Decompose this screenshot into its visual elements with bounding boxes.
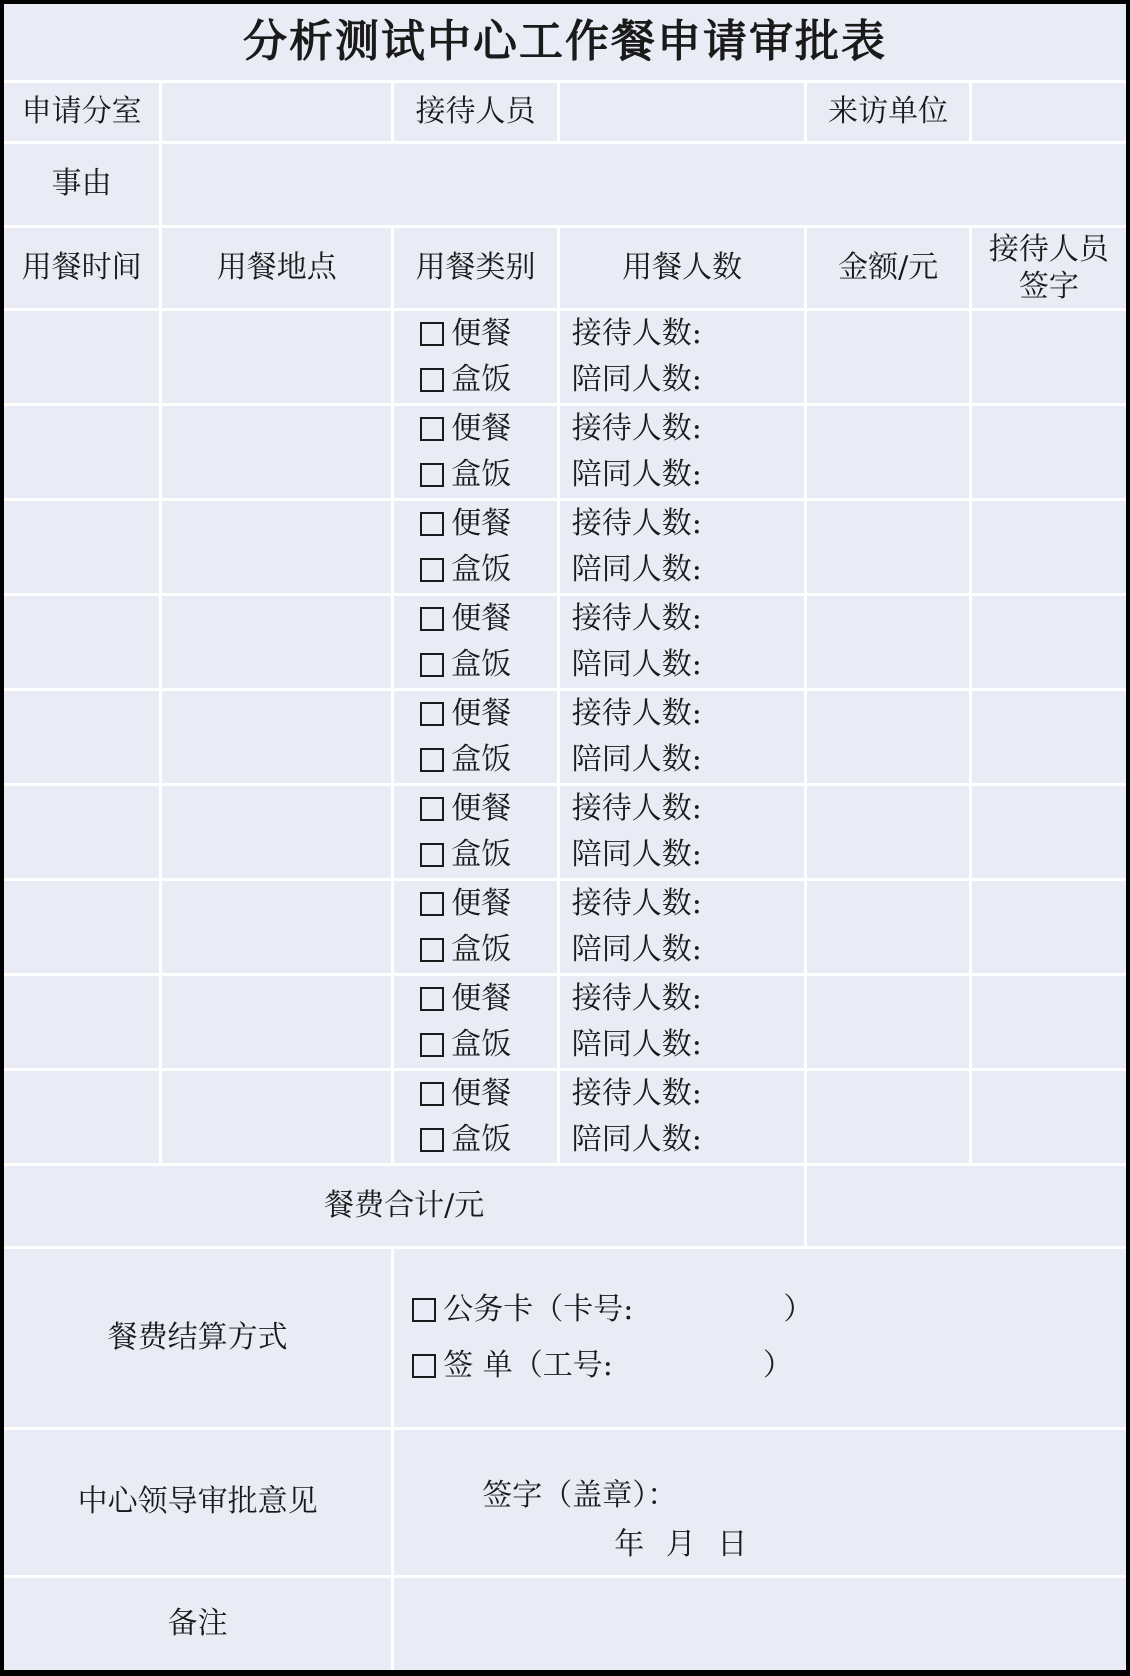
- signature-seal-label: 签字（盖章）：: [482, 1476, 1126, 1517]
- meal-option-box-lunch[interactable]: 盒饭: [420, 547, 557, 593]
- header-meal-time: 用餐时间: [2, 227, 161, 310]
- payment-method-cell: 公务卡（卡号: ） 签 单（工号: ）: [393, 1248, 1128, 1429]
- reception-count-label: 接待人数:: [572, 694, 702, 735]
- accompany-count-label: 陪同人数:: [572, 1120, 702, 1161]
- reason-label: 事由: [2, 143, 161, 227]
- meal-approval-form: 分析测试中心工作餐申请审批表 申请分室 接待人员 来访单位 事由 用餐时间 用餐…: [0, 0, 1130, 1676]
- checkbox-icon[interactable]: [412, 1354, 436, 1378]
- meal-option-label: 盒饭: [451, 740, 511, 781]
- meal-row: 便餐 盒饭 接待人数: 陪同人数:: [2, 500, 1128, 595]
- checkbox-icon[interactable]: [420, 892, 444, 916]
- diner-count-cell[interactable]: 接待人数: 陪同人数:: [558, 975, 806, 1070]
- checkbox-icon[interactable]: [420, 368, 444, 392]
- accompany-count-line: 陪同人数:: [572, 1117, 805, 1163]
- header-amount: 金额/元: [806, 227, 970, 310]
- reception-count-line: 接待人数:: [572, 976, 805, 1022]
- meal-option-label: 便餐: [451, 694, 511, 735]
- checkbox-icon[interactable]: [420, 797, 444, 821]
- accompany-count-line: 陪同人数:: [572, 642, 805, 688]
- meal-row: 便餐 盒饭 接待人数: 陪同人数:: [2, 1070, 1128, 1165]
- meal-place-cell[interactable]: [161, 690, 393, 785]
- amount-cell[interactable]: [806, 1070, 970, 1165]
- checkbox-icon[interactable]: [420, 463, 444, 487]
- amount-cell[interactable]: [806, 975, 970, 1070]
- payment-option-sign-bill-close: ）: [763, 1346, 793, 1387]
- reason-field[interactable]: [161, 143, 1128, 227]
- payment-option-sign-bill-label: 签 单（工号:: [443, 1346, 613, 1387]
- meal-type-cell: 便餐 盒饭: [393, 310, 559, 405]
- meal-time-cell[interactable]: [2, 785, 161, 880]
- reception-count-label: 接待人数:: [572, 409, 702, 450]
- meal-time-cell[interactable]: [2, 1070, 161, 1165]
- accompany-count-line: 陪同人数:: [572, 927, 805, 973]
- amount-cell[interactable]: [806, 785, 970, 880]
- reception-count-label: 接待人数:: [572, 884, 702, 925]
- meal-option-simple-meal[interactable]: 便餐: [420, 976, 557, 1022]
- checkbox-icon[interactable]: [420, 653, 444, 677]
- payment-option-official-card[interactable]: 公务卡（卡号: ）: [412, 1282, 1126, 1338]
- meal-option-label: 盒饭: [451, 645, 511, 686]
- signature-cell[interactable]: [970, 785, 1128, 880]
- accompany-count-line: 陪同人数:: [572, 737, 805, 783]
- checkbox-icon[interactable]: [420, 702, 444, 726]
- payment-option-official-card-close: ）: [783, 1290, 813, 1331]
- reception-count-line: 接待人数:: [572, 1071, 805, 1117]
- meal-total-label: 餐费合计/元: [2, 1165, 806, 1248]
- meal-option-simple-meal[interactable]: 便餐: [420, 501, 557, 547]
- checkbox-icon[interactable]: [420, 1128, 444, 1152]
- diner-count-cell[interactable]: 接待人数: 陪同人数:: [558, 595, 806, 690]
- reception-count-line: 接待人数:: [572, 691, 805, 737]
- meal-row: 便餐 盒饭 接待人数: 陪同人数:: [2, 880, 1128, 975]
- notes-field[interactable]: [393, 1577, 1128, 1674]
- accompany-count-line: 陪同人数:: [572, 547, 805, 593]
- reception-count-label: 接待人数:: [572, 314, 702, 355]
- checkbox-icon[interactable]: [420, 322, 444, 346]
- diner-count-cell[interactable]: 接待人数: 陪同人数:: [558, 500, 806, 595]
- meal-type-cell: 便餐 盒饭: [393, 405, 559, 500]
- header-receptionist-signature: 接待人员 签字: [970, 227, 1128, 310]
- diner-count-cell[interactable]: 接待人数: 陪同人数:: [558, 1070, 806, 1165]
- reception-count-line: 接待人数:: [572, 786, 805, 832]
- form-sheet: 分析测试中心工作餐申请审批表 申请分室 接待人员 来访单位 事由 用餐时间 用餐…: [0, 0, 1130, 1630]
- amount-cell[interactable]: [806, 310, 970, 405]
- header-meal-place: 用餐地点: [161, 227, 393, 310]
- checkbox-icon[interactable]: [420, 843, 444, 867]
- reception-count-line: 接待人数:: [572, 881, 805, 927]
- meal-type-cell: 便餐 盒饭: [393, 595, 559, 690]
- checkbox-icon[interactable]: [420, 512, 444, 536]
- reception-count-label: 接待人数:: [572, 979, 702, 1020]
- meal-row: 便餐 盒饭 接待人数: 陪同人数:: [2, 405, 1128, 500]
- meal-option-box-lunch[interactable]: 盒饭: [420, 642, 557, 688]
- meal-place-cell[interactable]: [161, 785, 393, 880]
- meal-total-field[interactable]: [806, 1165, 1128, 1248]
- receptionist-label: 接待人员: [393, 82, 559, 143]
- meal-option-label: 盒饭: [451, 1120, 511, 1161]
- meal-option-box-lunch[interactable]: 盒饭: [420, 737, 557, 783]
- accompany-count-label: 陪同人数:: [572, 360, 702, 401]
- meal-row: 便餐 盒饭 接待人数: 陪同人数:: [2, 785, 1128, 880]
- visiting-unit-label: 来访单位: [806, 82, 970, 143]
- signature-cell[interactable]: [970, 690, 1128, 785]
- meal-option-box-lunch[interactable]: 盒饭: [420, 357, 557, 403]
- meal-option-box-lunch[interactable]: 盒饭: [420, 1022, 557, 1068]
- meal-option-label: 盒饭: [451, 455, 511, 496]
- meal-option-label: 盒饭: [451, 1025, 511, 1066]
- meal-option-simple-meal[interactable]: 便餐: [420, 691, 557, 737]
- meal-type-cell: 便餐 盒饭: [393, 690, 559, 785]
- payment-option-sign-bill[interactable]: 签 单（工号: ）: [412, 1338, 1126, 1394]
- meal-place-cell[interactable]: [161, 500, 393, 595]
- meal-time-cell[interactable]: [2, 500, 161, 595]
- meal-option-simple-meal[interactable]: 便餐: [420, 786, 557, 832]
- applicant-division-field[interactable]: [161, 82, 393, 143]
- meal-option-label: 便餐: [451, 409, 511, 450]
- checkbox-icon[interactable]: [420, 1033, 444, 1057]
- amount-cell[interactable]: [806, 595, 970, 690]
- diner-count-cell[interactable]: 接待人数: 陪同人数:: [558, 310, 806, 405]
- accompany-count-line: 陪同人数:: [572, 1022, 805, 1068]
- meal-place-cell[interactable]: [161, 595, 393, 690]
- meal-type-cell: 便餐 盒饭: [393, 1070, 559, 1165]
- meal-type-cell: 便餐 盒饭: [393, 785, 559, 880]
- meal-time-cell[interactable]: [2, 310, 161, 405]
- meal-option-box-lunch[interactable]: 盒饭: [420, 927, 557, 973]
- reception-count-line: 接待人数:: [572, 501, 805, 547]
- applicant-division-label: 申请分室: [2, 82, 161, 143]
- amount-cell[interactable]: [806, 500, 970, 595]
- meal-option-box-lunch[interactable]: 盒饭: [420, 452, 557, 498]
- reception-count-label: 接待人数:: [572, 1074, 702, 1115]
- meal-option-label: 便餐: [451, 884, 511, 925]
- header-receptionist-signature-line1: 接待人员: [972, 231, 1126, 269]
- meal-time-cell[interactable]: [2, 690, 161, 785]
- meal-type-cell: 便餐 盒饭: [393, 975, 559, 1070]
- signature-cell[interactable]: [970, 310, 1128, 405]
- reception-count-line: 接待人数:: [572, 406, 805, 452]
- meal-time-cell[interactable]: [2, 405, 161, 500]
- diner-count-cell[interactable]: 接待人数: 陪同人数:: [558, 405, 806, 500]
- meal-option-label: 盒饭: [451, 550, 511, 591]
- meal-row: 便餐 盒饭 接待人数: 陪同人数:: [2, 310, 1128, 405]
- accompany-count-label: 陪同人数:: [572, 1025, 702, 1066]
- meal-time-cell[interactable]: [2, 975, 161, 1070]
- accompany-count-label: 陪同人数:: [572, 835, 702, 876]
- meal-option-simple-meal[interactable]: 便餐: [420, 406, 557, 452]
- diner-count-cell[interactable]: 接待人数: 陪同人数:: [558, 785, 806, 880]
- checkbox-icon[interactable]: [420, 558, 444, 582]
- meal-place-cell[interactable]: [161, 1070, 393, 1165]
- meal-option-label: 盒饭: [451, 930, 511, 971]
- reception-count-line: 接待人数:: [572, 311, 805, 357]
- reception-count-line: 接待人数:: [572, 596, 805, 642]
- meal-place-cell[interactable]: [161, 310, 393, 405]
- meal-place-cell[interactable]: [161, 880, 393, 975]
- checkbox-icon[interactable]: [420, 607, 444, 631]
- meal-row: 便餐 盒饭 接待人数: 陪同人数:: [2, 975, 1128, 1070]
- meal-option-label: 盒饭: [451, 835, 511, 876]
- accompany-count-line: 陪同人数:: [572, 357, 805, 403]
- checkbox-icon[interactable]: [420, 938, 444, 962]
- diner-count-cell[interactable]: 接待人数: 陪同人数:: [558, 880, 806, 975]
- payment-option-official-card-label: 公务卡（卡号:: [443, 1290, 633, 1331]
- checkbox-icon[interactable]: [420, 748, 444, 772]
- accompany-count-label: 陪同人数:: [572, 645, 702, 686]
- accompany-count-label: 陪同人数:: [572, 455, 702, 496]
- header-meal-type: 用餐类别: [393, 227, 559, 310]
- accompany-count-label: 陪同人数:: [572, 740, 702, 781]
- leader-approval-cell[interactable]: 签字（盖章）： 年 月 日: [393, 1429, 1128, 1577]
- reception-count-label: 接待人数:: [572, 599, 702, 640]
- meal-option-label: 便餐: [451, 789, 511, 830]
- reception-count-label: 接待人数:: [572, 789, 702, 830]
- meal-option-simple-meal[interactable]: 便餐: [420, 596, 557, 642]
- meal-option-box-lunch[interactable]: 盒饭: [420, 832, 557, 878]
- diner-count-cell[interactable]: 接待人数: 陪同人数:: [558, 690, 806, 785]
- receptionist-field[interactable]: [558, 82, 806, 143]
- checkbox-icon[interactable]: [420, 987, 444, 1011]
- meal-option-box-lunch[interactable]: 盒饭: [420, 1117, 557, 1163]
- amount-cell[interactable]: [806, 405, 970, 500]
- signature-cell[interactable]: [970, 975, 1128, 1070]
- meal-option-simple-meal[interactable]: 便餐: [420, 881, 557, 927]
- meal-option-simple-meal[interactable]: 便餐: [420, 311, 557, 357]
- meal-time-cell[interactable]: [2, 880, 161, 975]
- meal-option-simple-meal[interactable]: 便餐: [420, 1071, 557, 1117]
- accompany-count-line: 陪同人数:: [572, 832, 805, 878]
- meal-row: 便餐 盒饭 接待人数: 陪同人数:: [2, 595, 1128, 690]
- accompany-count-label: 陪同人数:: [572, 930, 702, 971]
- header-receptionist-signature-line2: 签字: [972, 268, 1126, 306]
- signature-cell[interactable]: [970, 1070, 1128, 1165]
- meal-type-cell: 便餐 盒饭: [393, 500, 559, 595]
- date-label: 年 月 日: [614, 1525, 1126, 1566]
- meal-option-label: 盒饭: [451, 360, 511, 401]
- meal-option-label: 便餐: [451, 314, 511, 355]
- signature-cell[interactable]: [970, 595, 1128, 690]
- checkbox-icon[interactable]: [420, 1082, 444, 1106]
- title-cell: 分析测试中心工作餐申请审批表: [2, 2, 1128, 82]
- signature-cell[interactable]: [970, 500, 1128, 595]
- accompany-count-label: 陪同人数:: [572, 550, 702, 591]
- meal-option-label: 便餐: [451, 599, 511, 640]
- page-title: 分析测试中心工作餐申请审批表: [4, 12, 1126, 71]
- meal-option-label: 便餐: [451, 504, 511, 545]
- amount-cell[interactable]: [806, 880, 970, 975]
- meal-place-cell[interactable]: [161, 405, 393, 500]
- leader-approval-label: 中心领导审批意见: [2, 1429, 393, 1577]
- checkbox-icon[interactable]: [412, 1298, 436, 1322]
- reception-count-label: 接待人数:: [572, 504, 702, 545]
- notes-label: 备注: [2, 1577, 393, 1674]
- accompany-count-line: 陪同人数:: [572, 452, 805, 498]
- amount-cell[interactable]: [806, 690, 970, 785]
- payment-method-label: 餐费结算方式: [2, 1248, 393, 1429]
- visiting-unit-field[interactable]: [970, 82, 1128, 143]
- checkbox-icon[interactable]: [420, 417, 444, 441]
- meal-time-cell[interactable]: [2, 595, 161, 690]
- meal-option-label: 便餐: [451, 979, 511, 1020]
- meal-option-label: 便餐: [451, 1074, 511, 1115]
- meal-row: 便餐 盒饭 接待人数: 陪同人数:: [2, 690, 1128, 785]
- signature-cell[interactable]: [970, 405, 1128, 500]
- meal-type-cell: 便餐 盒饭: [393, 880, 559, 975]
- meal-place-cell[interactable]: [161, 975, 393, 1070]
- signature-cell[interactable]: [970, 880, 1128, 975]
- header-diner-count: 用餐人数: [558, 227, 806, 310]
